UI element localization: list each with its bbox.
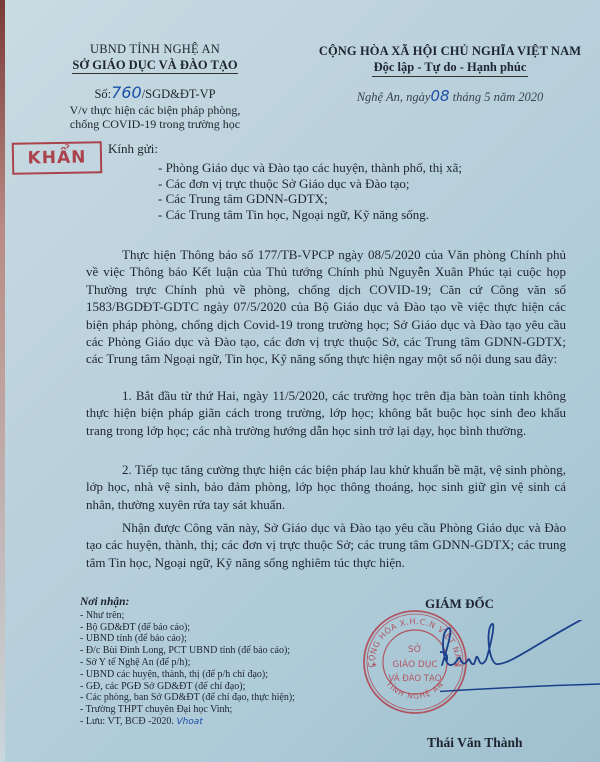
distribution-item: - UBND tỉnh (để báo cáo);	[80, 633, 295, 645]
svg-text:VÀ ĐÀO TẠO: VÀ ĐÀO TẠO	[389, 672, 442, 684]
handwritten-number: 760	[111, 83, 142, 102]
body-item-1: 1. Bắt đầu từ thứ Hai, ngày 11/5/2020, c…	[86, 387, 566, 439]
recipient-list: - Phòng Giáo dục và Đào tạo các huyện, t…	[158, 160, 462, 222]
distribution-item: - Lưu: VT, BCĐ -2020. Vhoat	[80, 716, 295, 729]
urgent-stamp: KHẨN	[12, 141, 103, 175]
signer-name: Thái Văn Thành	[427, 735, 523, 751]
distribution-item: - Trường THPT chuyên Đại học Vinh;	[80, 704, 295, 716]
distribution-title: Nơi nhận:	[80, 597, 295, 609]
issuer-authority: UBND TỈNH NGHỆ AN	[40, 42, 270, 57]
handwritten-signature-icon	[440, 620, 600, 720]
recipient-item: - Các Trung tâm GDNN-GDTX;	[158, 191, 462, 207]
document-date: Nghệ An, ngày08 tháng 5 năm 2020	[300, 87, 600, 105]
distribution-item: - UBND các huyện, thành, thị (để p/h chỉ…	[80, 669, 295, 681]
national-motto: Độc lập - Tự do - Hạnh phúc	[300, 60, 600, 75]
document-number: Số:760/SGD&ĐT-VP	[40, 83, 270, 102]
body-item-2: 2. Tiếp tục tăng cường thực hiện các biệ…	[86, 461, 566, 513]
body-paragraph-intro: Thực hiện Thông báo số 177/TB-VPCP ngày …	[86, 246, 566, 368]
svg-text:★: ★	[371, 661, 377, 669]
body-closing: Nhận được Công văn này, Sở Giáo dục và Đ…	[86, 519, 566, 571]
distribution-item: - Sở Y tế Nghệ An (để p/h);	[80, 657, 295, 669]
document-subject: V/v thực hiện các biện pháp phòng, chống…	[40, 103, 270, 131]
issuer-header: UBND TỈNH NGHỆ AN SỞ GIÁO DỤC VÀ ĐÀO TẠO…	[40, 42, 270, 131]
handwritten-day: 08	[430, 87, 449, 105]
recipient-item: - Các đơn vị trực thuộc Sở Giáo dục và Đ…	[158, 176, 462, 192]
photo-edge	[0, 0, 5, 762]
distribution-list: Nơi nhận: - Như trên; - Bộ GD&ĐT (để báo…	[80, 597, 295, 729]
distribution-item: - Đ/c Bùi Đình Long, PCT UBND tỉnh (để b…	[80, 645, 295, 657]
distribution-item: - Như trên;	[80, 610, 295, 622]
distribution-item: - GĐ, các PGĐ Sở GD&ĐT (để chỉ đạo);	[80, 681, 295, 693]
salutation: Kính gửi:	[108, 141, 158, 157]
distribution-item: - Các phòng, ban Sở GD&ĐT (để chỉ đạo, t…	[80, 692, 295, 704]
issuer-department: SỞ GIÁO DỤC VÀ ĐÀO TẠO	[40, 58, 270, 73]
svg-text:SỞ: SỞ	[408, 643, 422, 655]
national-header: CỘNG HÒA XÃ HỘI CHỦ NGHĨA VIỆT NAM Độc l…	[300, 44, 600, 105]
nation-title: CỘNG HÒA XÃ HỘI CHỦ NGHĨA VIỆT NAM	[300, 44, 600, 59]
handwritten-initials: Vhoat	[176, 717, 202, 727]
recipient-item: - Phòng Giáo dục và Đào tạo các huyện, t…	[158, 160, 462, 176]
recipient-item: - Các Trung tâm Tin học, Ngoại ngữ, Kỹ n…	[158, 207, 462, 223]
distribution-item: - Bộ GD&ĐT (để báo cáo);	[80, 622, 295, 634]
svg-text:GIÁO DỤC: GIÁO DỤC	[392, 658, 437, 670]
